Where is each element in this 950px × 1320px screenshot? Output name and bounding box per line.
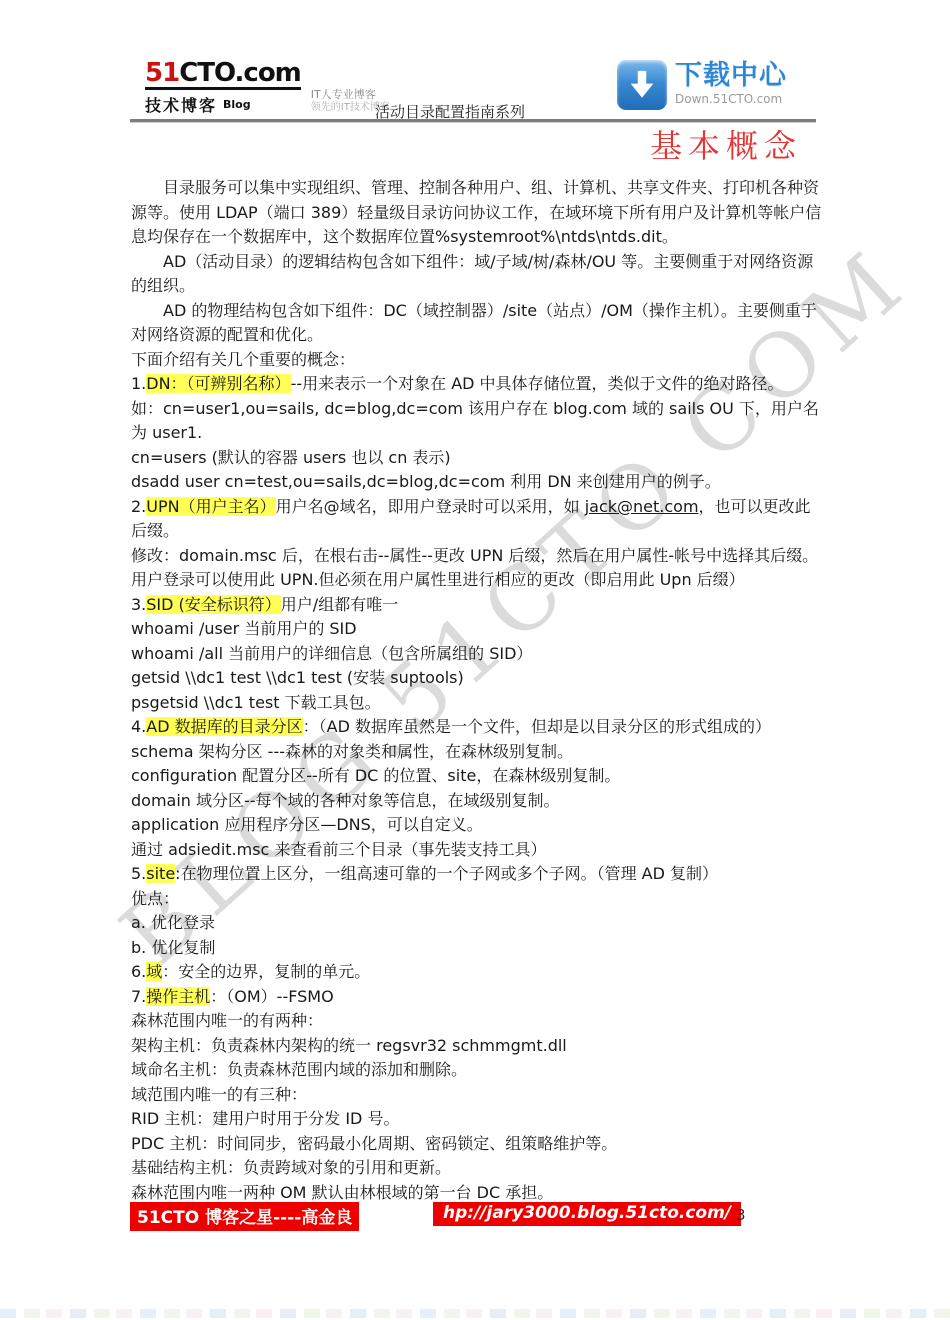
logo-brand-black: CTO.com (179, 58, 301, 88)
text-segment: 1. (131, 374, 146, 393)
paragraph: RID 主机：建用户时用于分发 ID 号。 (131, 1107, 824, 1132)
text-segment: ：（AD 数据库虽然是一个文件，但却是以目录分区的形式组成的） (303, 717, 771, 736)
text-segment: ：安全的边界，复制的单元。 (162, 962, 370, 981)
text-segment: 森林范围内唯一两种 OM 默认由林根域的第一台 DC 承担。 (131, 1183, 553, 1202)
text-segment: :在物理位置上区分，一组高速可靠的一个子网或多个子网。（管理 AD 复制） (175, 864, 718, 883)
text-segment: 域命名主机：负责森林范围内域的添加和删除。 (131, 1060, 467, 1079)
bottom-artifact-strip (0, 1309, 950, 1318)
highlighted-text: SID (安全标识符） (146, 595, 281, 614)
paragraph: cn=users (默认的容器 users 也以 cn 表示) (131, 446, 824, 471)
text-segment: 通过 adsiedit.msc 来查看前三个目录（事先装支持工具） (131, 840, 546, 859)
paragraph: AD（活动目录）的逻辑结构包含如下组件：域/子域/树/森林/OU 等。主要侧重于… (131, 250, 824, 299)
paragraph: 基础结构主机：负责跨域对象的引用和更新。 (131, 1156, 824, 1181)
text-segment: 5. (131, 864, 146, 883)
paragraph: 下面介绍有关几个重要的概念： (131, 348, 824, 373)
footer-author-badge: 51CTO 博客之星----高金良 (130, 1202, 359, 1231)
page-title: 基本概念 (650, 126, 802, 166)
footer-url-badge[interactable]: hp://jary3000.blog.51cto.com/ (433, 1202, 741, 1226)
paragraph: 森林范围内唯一两种 OM 默认由林根域的第一台 DC 承担。 (131, 1181, 824, 1206)
paragraph: 1.DN：（可辨别名称）--用来表示一个对象在 AD 中具体存储位置，类似于文件… (131, 372, 824, 397)
text-segment: 森林范围内唯一的有两种： (131, 1011, 323, 1030)
text-segment: whoami /user 当前用户的 SID (131, 619, 357, 638)
highlighted-text: DN：（可辨别名称） (146, 374, 290, 393)
text-segment: 如：cn=user1,ou=sails, dc=blog,dc=com 该用户存… (131, 399, 819, 443)
highlighted-text: 域 (146, 962, 162, 981)
paragraph: 5.site:在物理位置上区分，一组高速可靠的一个子网或多个子网。（管理 AD … (131, 862, 824, 887)
highlighted-text: AD 数据库的目录分区 (146, 717, 302, 736)
text-segment: configuration 配置分区--所有 DC 的位置、site，在森林级别… (131, 766, 620, 785)
text-segment: 域范围内唯一的有三种： (131, 1085, 307, 1104)
document-body: 目录服务可以集中实现组织、管理、控制各种用户、组、计算机、共享文件夹、打印机各种… (131, 176, 824, 1205)
text-segment: 修改：domain.msc 后，在根右击--属性--更改 UPN 后缀，然后在用… (131, 546, 818, 590)
download-center-title: 下载中心 (675, 62, 787, 90)
text-segment: 6. (131, 962, 146, 981)
paragraph: application 应用程序分区—DNS，可以自定义。 (131, 813, 824, 838)
paragraph: 森林范围内唯一的有两种： (131, 1009, 824, 1034)
download-center-logo: 下载中心 Down.51CTO.com (617, 60, 787, 110)
text-segment: schema 架构分区 ---森林的对象类和属性，在森林级别复制。 (131, 742, 573, 761)
text-segment: 目录服务可以集中实现组织、管理、控制各种用户、组、计算机、共享文件夹、打印机各种… (131, 178, 821, 246)
paragraph: 域范围内唯一的有三种： (131, 1083, 824, 1108)
paragraph: whoami /user 当前用户的 SID (131, 617, 824, 642)
text-segment: 7. (131, 987, 146, 1006)
paragraph: psgetsid \\dc1 test 下载工具包。 (131, 691, 824, 716)
paragraph: 修改：domain.msc 后，在根右击--属性--更改 UPN 后缀，然后在用… (131, 544, 824, 593)
text-segment: 2. (131, 497, 146, 516)
text-segment: a. 优化登录 (131, 913, 215, 932)
paragraph: 域命名主机：负责森林范围内域的添加和删除。 (131, 1058, 824, 1083)
paragraph: 3.SID (安全标识符）用户/组都有唯一 (131, 593, 824, 618)
paragraph: 7.操作主机：（OM）--FSMO (131, 985, 824, 1010)
highlighted-text: UPN（用户主名） (146, 497, 275, 516)
text-segment: AD 的物理结构包含如下组件：DC（域控制器）/site（站点）/OM（操作主机… (131, 301, 817, 345)
page-number: 3 (736, 1206, 746, 1224)
text-segment: 用户/组都有唯一 (281, 595, 398, 614)
text-segment: getsid \\dc1 test \\dc1 test (安装 suptool… (131, 668, 464, 687)
download-center-url: Down.51CTO.com (675, 92, 787, 106)
paragraph: getsid \\dc1 test \\dc1 test (安装 suptool… (131, 666, 824, 691)
underlined-text: jack@net.com (585, 497, 699, 516)
highlighted-text: site (146, 864, 175, 883)
paragraph: configuration 配置分区--所有 DC 的位置、site，在森林级别… (131, 764, 824, 789)
paragraph: dsadd user cn=test,ou=sails,dc=blog,dc=c… (131, 470, 824, 495)
text-segment: 4. (131, 717, 146, 736)
text-segment: 优点： (131, 889, 179, 908)
paragraph: domain 域分区--每个域的各种对象等信息，在域级别复制。 (131, 789, 824, 814)
text-segment: psgetsid \\dc1 test 下载工具包。 (131, 693, 381, 712)
paragraph: 2.UPN（用户主名）用户名@域名，即用户登录时可以采用，如 jack@net.… (131, 495, 824, 544)
text-segment: 基础结构主机：负责跨域对象的引用和更新。 (131, 1158, 451, 1177)
paragraph: 架构主机：负责森林内架构的统一 regsvr32 schmmgmt.dll (131, 1034, 824, 1059)
paragraph: 6.域：安全的边界，复制的单元。 (131, 960, 824, 985)
paragraph: 4.AD 数据库的目录分区：（AD 数据库虽然是一个文件，但却是以目录分区的形式… (131, 715, 824, 740)
text-segment: RID 主机：建用户时用于分发 ID 号。 (131, 1109, 399, 1128)
header-divider (130, 119, 816, 123)
text-segment: b. 优化复制 (131, 938, 215, 957)
text-segment: 下面介绍有关几个重要的概念： (131, 350, 355, 369)
paragraph: a. 优化登录 (131, 911, 824, 936)
highlighted-text: 操作主机 (146, 987, 210, 1006)
document-page: 51CTO.com 技术博客 Blog IT人专业博客 领先的IT技术博客 活动… (0, 0, 950, 1320)
paragraph: 如：cn=user1,ou=sails, dc=blog,dc=com 该用户存… (131, 397, 824, 446)
text-segment: application 应用程序分区—DNS，可以自定义。 (131, 815, 483, 834)
text-segment: dsadd user cn=test,ou=sails,dc=blog,dc=c… (131, 472, 721, 491)
paragraph: 目录服务可以集中实现组织、管理、控制各种用户、组、计算机、共享文件夹、打印机各种… (131, 176, 824, 250)
51cto-logo-text: 51CTO.com (145, 60, 301, 90)
text-segment: whoami /all 当前用户的详细信息（包含所属组的 SID） (131, 644, 532, 663)
download-arrow-icon (617, 60, 667, 110)
paragraph: 通过 adsiedit.msc 来查看前三个目录（事先装支持工具） (131, 838, 824, 863)
logo-brand-red: 51 (145, 58, 179, 88)
text-segment: PDC 主机：时间同步，密码最小化周期、密码锁定、组策略维护等。 (131, 1134, 617, 1153)
text-segment: --用来表示一个对象在 AD 中具体存储位置，类似于文件的绝对路径。 (291, 374, 784, 393)
text-segment: AD（活动目录）的逻辑结构包含如下组件：域/子域/树/森林/OU 等。主要侧重于… (131, 252, 813, 296)
paragraph: 优点： (131, 887, 824, 912)
paragraph: PDC 主机：时间同步，密码最小化周期、密码锁定、组策略维护等。 (131, 1132, 824, 1157)
text-segment: 架构主机：负责森林内架构的统一 regsvr32 schmmgmt.dll (131, 1036, 567, 1055)
logo-tagline-1: IT人专业博客 (311, 88, 390, 101)
paragraph: AD 的物理结构包含如下组件：DC（域控制器）/site（站点）/OM（操作主机… (131, 299, 824, 348)
text-segment: domain 域分区--每个域的各种对象等信息，在域级别复制。 (131, 791, 560, 810)
paragraph: schema 架构分区 ---森林的对象类和属性，在森林级别复制。 (131, 740, 824, 765)
text-segment: 3. (131, 595, 146, 614)
text-segment: cn=users (默认的容器 users 也以 cn 表示) (131, 448, 451, 467)
text-segment: ：（OM）--FSMO (210, 987, 333, 1006)
paragraph: whoami /all 当前用户的详细信息（包含所属组的 SID） (131, 642, 824, 667)
paragraph: b. 优化复制 (131, 936, 824, 961)
text-segment: 用户名@域名，即用户登录时可以采用，如 (276, 497, 585, 516)
